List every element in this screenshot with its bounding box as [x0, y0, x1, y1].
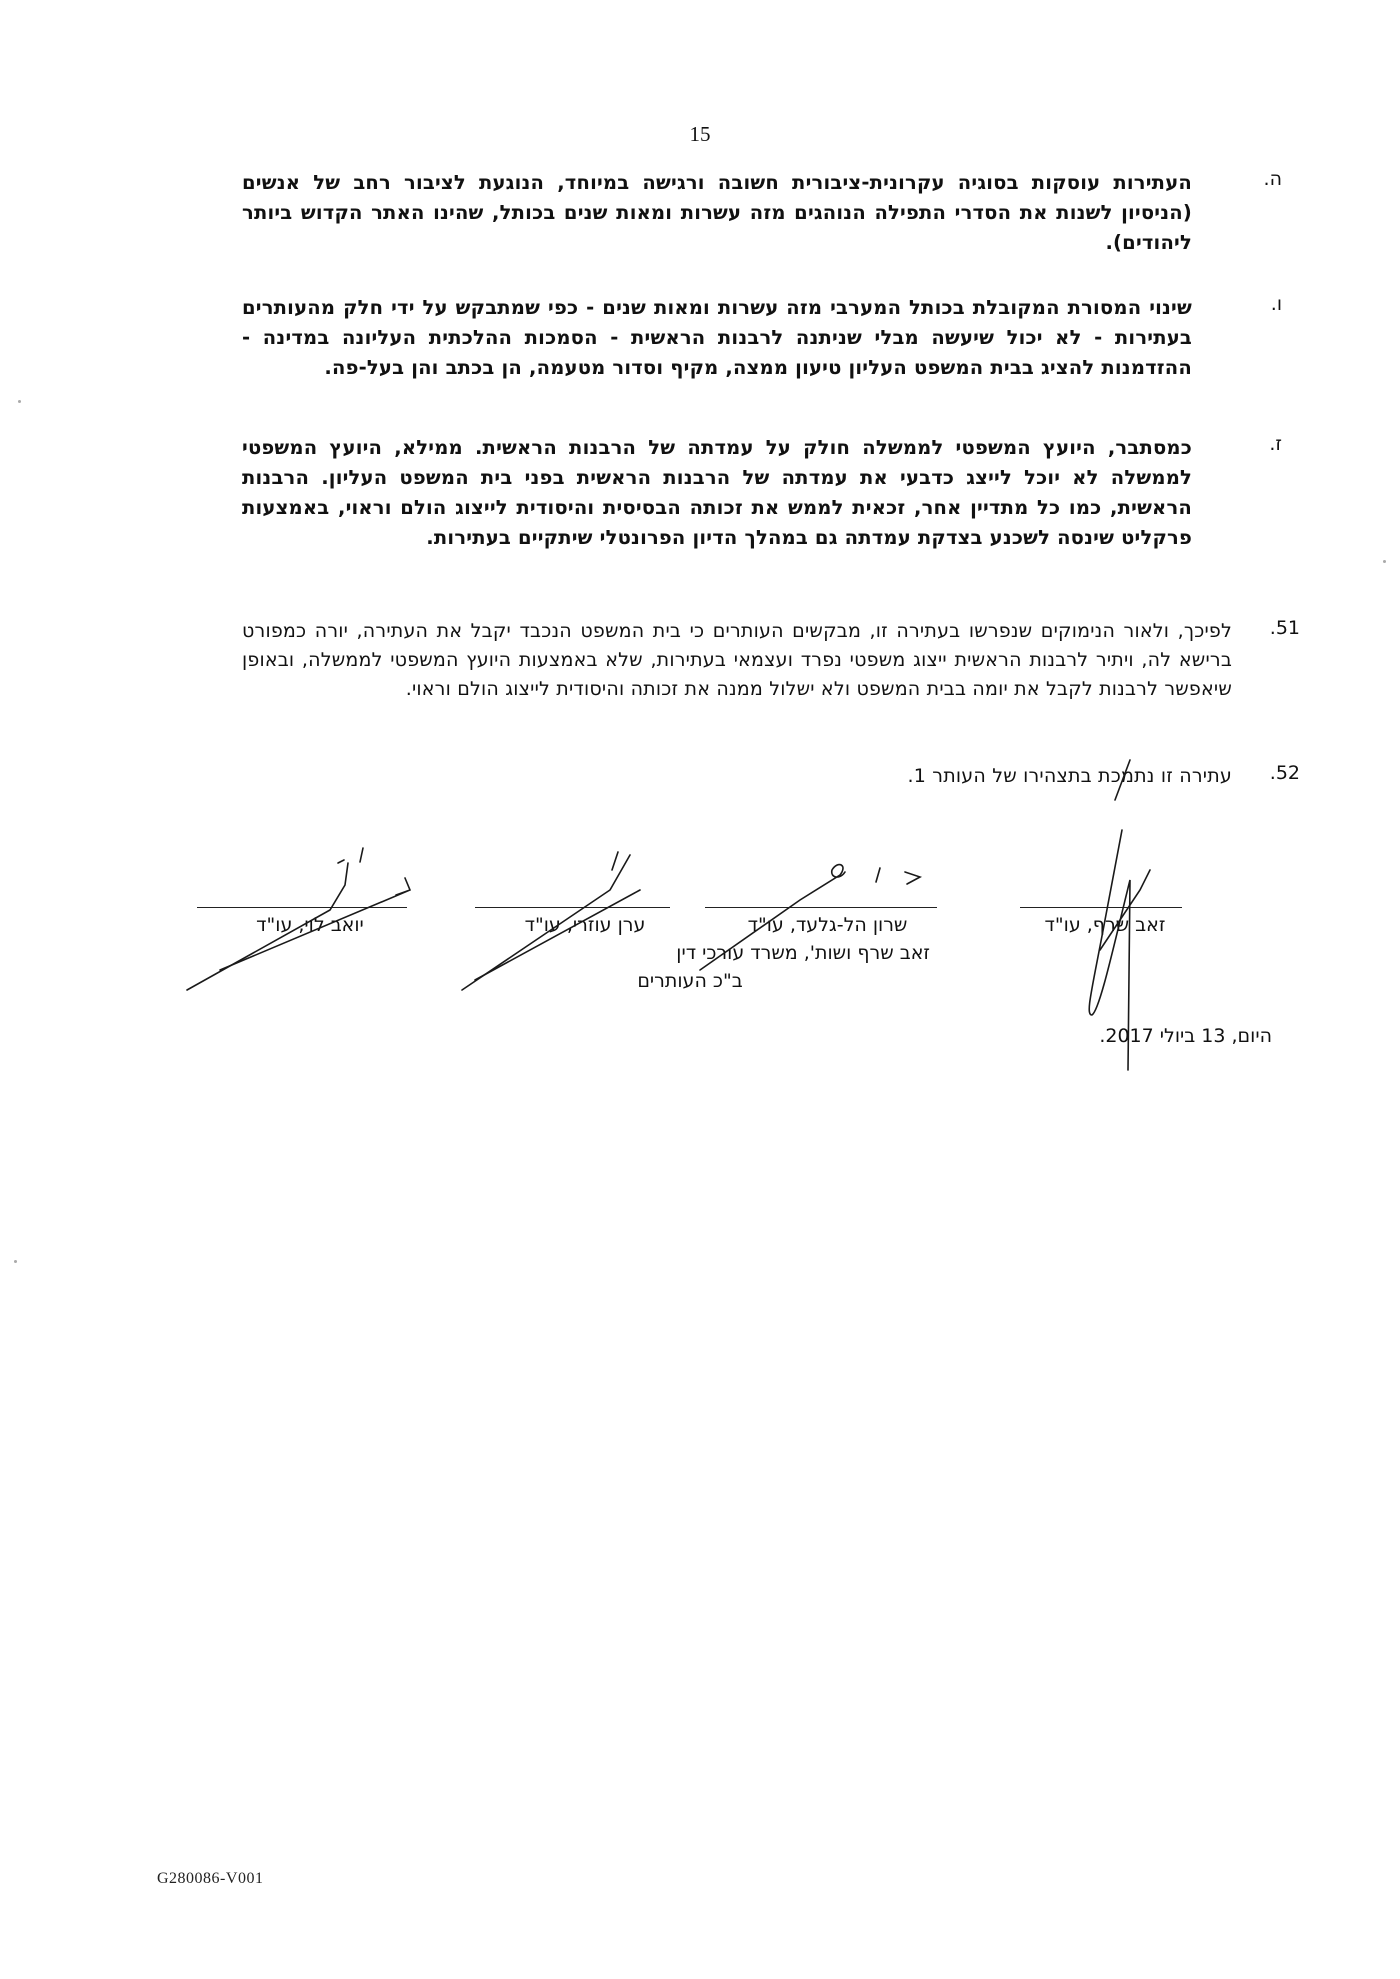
document-id: G280086-V001: [157, 1870, 263, 1888]
signature-line: [705, 907, 937, 908]
paragraph-51: 51. לפיכך, ולאור הנימוקים שנפרשו בעתירה …: [242, 617, 1300, 704]
firm-name: זאב שרף ושות', משרד עורכי דין: [530, 942, 930, 964]
paragraph-52: 52. עתירה זו נתמכת בתצהירו של העותר 1.: [242, 762, 1300, 791]
signature-name: זאב שרף, עו"ד: [1020, 914, 1190, 936]
item-text: שינוי המסורת המקובלת בכותל המערבי מזה עש…: [242, 293, 1192, 383]
sub-item-he: ה. העתירות עוסקות בסוגיה עקרונית-ציבורית…: [242, 168, 1282, 258]
signature-line: [1020, 907, 1182, 908]
signature-line: [475, 907, 670, 908]
signature-name: שרון הל-גלעד, עו"ד: [720, 914, 935, 936]
paragraph-number: 51.: [1260, 617, 1300, 639]
scan-speck: [18, 400, 21, 403]
signing-date: היום, 13 ביולי 2017.: [1099, 1025, 1272, 1047]
sub-item-vav: ו. שינוי המסורת המקובלת בכותל המערבי מזה…: [242, 293, 1282, 383]
item-marker: ה.: [1242, 168, 1282, 190]
item-marker: ז.: [1242, 433, 1282, 455]
signature-line: [197, 907, 407, 908]
page-number: 15: [0, 122, 1400, 147]
signature-name: ערן עוזרי, עו"ד: [500, 914, 670, 936]
item-marker: ו.: [1242, 293, 1282, 315]
paragraph-text: לפיכך, ולאור הנימוקים שנפרשו בעתירה זו, …: [242, 617, 1232, 704]
item-text: העתירות עוסקות בסוגיה עקרונית-ציבורית חש…: [242, 168, 1192, 258]
paragraph-text: עתירה זו נתמכת בתצהירו של העותר 1.: [242, 762, 1232, 791]
signature-name: יואב לוי, עו"ד: [210, 914, 410, 936]
scan-speck: [14, 1260, 17, 1263]
scan-speck: [1383, 560, 1386, 563]
firm-role: ב"כ העותרים: [600, 970, 780, 992]
sub-item-zayin: ז. כמסתבר, היועץ המשפטי לממשלה חולק על ע…: [242, 433, 1282, 553]
paragraph-number: 52.: [1260, 762, 1300, 784]
item-text: כמסתבר, היועץ המשפטי לממשלה חולק על עמדת…: [242, 433, 1192, 553]
